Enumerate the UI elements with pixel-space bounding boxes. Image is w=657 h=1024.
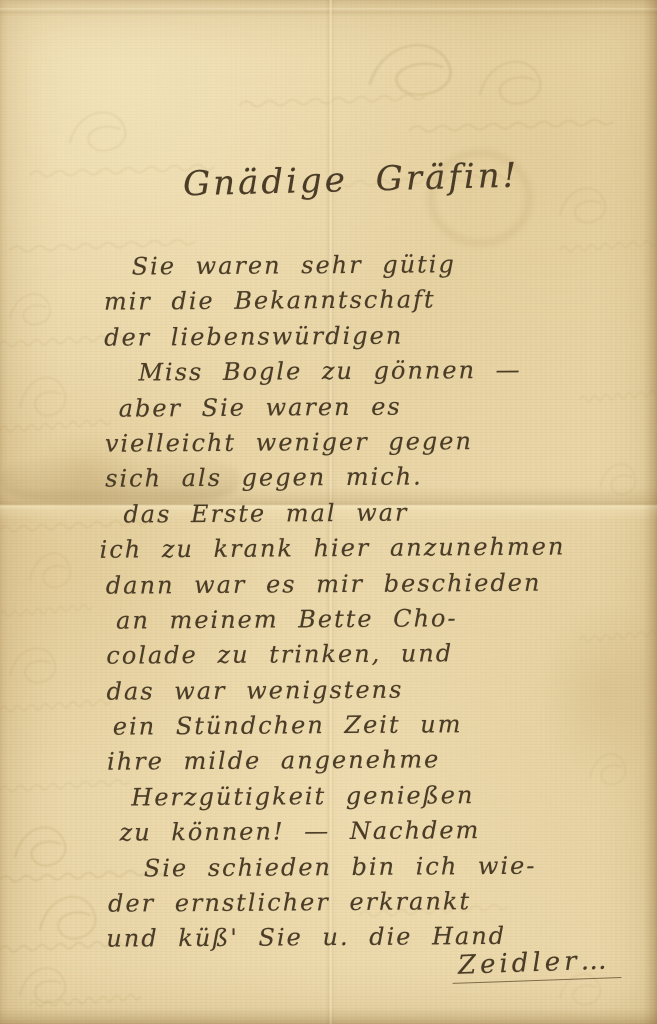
handwriting-line: vielleicht weniger gegen bbox=[105, 423, 585, 462]
handwriting-line: der liebenswürdigen bbox=[104, 317, 584, 356]
handwriting-line: Sie waren sehr gütig bbox=[132, 246, 584, 285]
handwriting-line: das war wenigstens bbox=[106, 671, 586, 710]
letter-page: Gnädige Gräfin! Sie waren sehr gütig mir… bbox=[0, 0, 657, 1024]
top-edge-crease bbox=[0, 8, 657, 16]
handwriting-line: sich als gegen mich. bbox=[105, 459, 585, 498]
handwriting-line: Miss Bogle zu gönnen — bbox=[138, 353, 584, 392]
handwriting-line: dann war es mir beschieden bbox=[106, 565, 586, 604]
handwriting-line: Herzgütigkeit genießen bbox=[131, 777, 587, 816]
handwriting-line: colade zu trinken, und bbox=[106, 636, 586, 675]
handwriting-line: das Erste mal war bbox=[123, 494, 585, 533]
handwriting-line: ein Stündchen Zeit um bbox=[113, 706, 587, 745]
handwriting-line: mir die Bekanntschaft bbox=[104, 282, 584, 321]
bottom-edge-shading bbox=[0, 1008, 657, 1024]
handwriting-line: an meinem Bette Cho- bbox=[116, 600, 586, 639]
letter-body: Sie waren sehr gütig mir die Bekanntscha… bbox=[104, 246, 589, 957]
handwriting-line: ihre milde angenehme bbox=[107, 742, 587, 781]
right-edge-shading bbox=[643, 0, 657, 1024]
handwriting-line: zu können! — Nachdem bbox=[119, 813, 587, 852]
handwriting-line: ich zu krank hier anzunehmen bbox=[100, 529, 586, 568]
handwriting-line: Sie schieden bin ich wie- bbox=[144, 848, 588, 886]
handwriting-line: aber Sie waren es bbox=[119, 388, 585, 427]
handwriting-line: der ernstlicher erkrankt bbox=[108, 883, 588, 922]
signature: Zeidler… bbox=[451, 945, 621, 984]
salutation: Gnädige Gräfin! bbox=[183, 156, 520, 205]
